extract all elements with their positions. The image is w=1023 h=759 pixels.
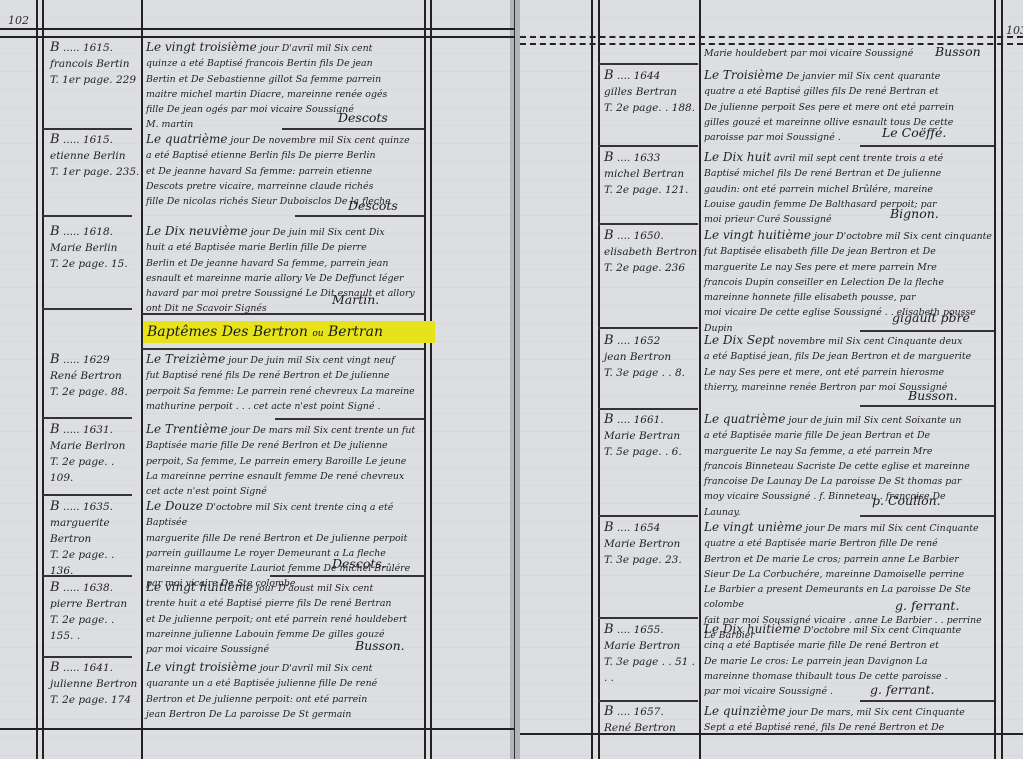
left-margin-line: [36, 0, 38, 759]
continuation-text: Marie houldebert par moi vicaire Soussig…: [704, 46, 944, 61]
register-entry-text: Le Dix huitième D'octobre mil Six cent C…: [704, 622, 992, 699]
register-entry-margin: B ..... 1631. Marie Berlron T. 2e page. …: [50, 422, 140, 486]
register-entry-text: Le vingt troisième jour D'avril mil Six …: [146, 660, 422, 722]
register-entry-margin: B .... 1650. elisabeth Bertron T. 2e pag…: [604, 228, 699, 276]
register-entry-margin: B ..... 1629 René Bertron T. 2e page. 88…: [50, 352, 140, 400]
left-text-column-right: [424, 0, 426, 759]
entry-signature: Busson.: [355, 638, 405, 653]
left-name-column-line: [141, 0, 143, 759]
register-entry-margin: B ..... 1635. marguerite Bertron T. 2e p…: [50, 499, 140, 579]
section-heading-highlighted: Baptêmes Des Bertron ou Bertran: [143, 321, 435, 343]
entry-signature: g. ferrant.: [870, 682, 934, 697]
book-gutter: [510, 0, 520, 759]
register-entry-margin: B ..... 1618. Marie Berlin T. 2e page. 1…: [50, 224, 140, 272]
register-entry-margin: B .... 1633 michel Bertran T. 2e page. 1…: [604, 150, 699, 198]
right-margin-line: [591, 0, 593, 759]
entry-signature: g. ferrant.: [895, 598, 959, 613]
heading-connector: ou: [312, 329, 323, 339]
register-entry-text: Le Dix neuvième jour De juin mil Six cen…: [146, 224, 422, 317]
heading-alt: Bertran: [328, 324, 383, 340]
register-entry-margin: B .... 1661. Marie Bertran T. 5e page. .…: [604, 412, 699, 460]
left-page-number: 102: [8, 14, 29, 27]
entry-signature: Bignon.: [890, 206, 939, 221]
register-entry-text: Le Douze D'octobre mil Six cent trente c…: [146, 499, 422, 592]
register-entry-text: Le quatrième jour de juin mil Six cent S…: [704, 412, 992, 520]
register-entry-text: Le Dix huit avril mil sept cent trente t…: [704, 150, 992, 227]
entry-signature: Descots: [348, 198, 398, 213]
register-entry-margin: B .... 1652 jean Bertron T. 3e page . . …: [604, 333, 699, 381]
entry-signature: gigault pbre: [892, 310, 970, 325]
register-entry-margin: B .... 1655. Marie Bertron T. 3e page . …: [604, 622, 699, 686]
entry-signature: p. Coullon.: [872, 493, 941, 508]
continuation-signature: Busson: [935, 44, 981, 59]
entry-signature: Martin.: [332, 292, 379, 307]
left-margin-line-2: [42, 0, 44, 759]
left-top-rule-1: [0, 28, 515, 30]
gutter-line: [514, 0, 515, 759]
register-entry-text: Le Dix Sept novembre mil Six cent Cinqua…: [704, 333, 992, 395]
left-text-column-right-2: [430, 0, 432, 759]
register-entry-margin: B .... 1644 gilles Bertran T. 2e page. .…: [604, 68, 699, 116]
register-entry-margin: B ..... 1615. etienne Berlin T. 1er page…: [50, 132, 140, 180]
register-entry-text: Le Troisième De janvier mil Six cent qua…: [704, 68, 992, 145]
register-entry-margin: B .... 1657. René Bertron: [604, 704, 699, 736]
entry-signature: Busson.: [908, 388, 958, 403]
register-entry-margin: B ..... 1638. pierre Bertran T. 2e page.…: [50, 580, 140, 644]
entry-signature: Descots: [338, 110, 388, 125]
register-entry-text: Le Treizième jour De juin mil Six cent v…: [146, 352, 422, 414]
right-text-column-right: [994, 0, 996, 759]
right-top-rule-1: [520, 36, 1023, 38]
left-bottom-rule: [0, 728, 515, 730]
heading-main: Baptêmes Des Bertron: [147, 324, 308, 340]
register-entry-text: Le quinzième jour De mars, mil Six cent …: [704, 704, 992, 736]
register-entry-text: Le Trentième jour De mars mil Six cent t…: [146, 422, 422, 499]
register-entry-margin: B ..... 1641. julienne Bertron T. 2e pag…: [50, 660, 140, 708]
register-entry-margin: B .... 1654 Marie Bertron T. 3e page. 23…: [604, 520, 699, 568]
entry-signature: Le Coëffé.: [882, 125, 946, 140]
right-text-column-right-2: [1001, 0, 1003, 759]
right-margin-line-2: [598, 0, 600, 759]
right-name-column-line: [699, 0, 701, 759]
register-entry-margin: B ..... 1615. francois Bertin T. 1er pag…: [50, 40, 140, 88]
entry-signature: Descots.: [332, 556, 386, 571]
left-top-rule-2: [0, 36, 515, 38]
